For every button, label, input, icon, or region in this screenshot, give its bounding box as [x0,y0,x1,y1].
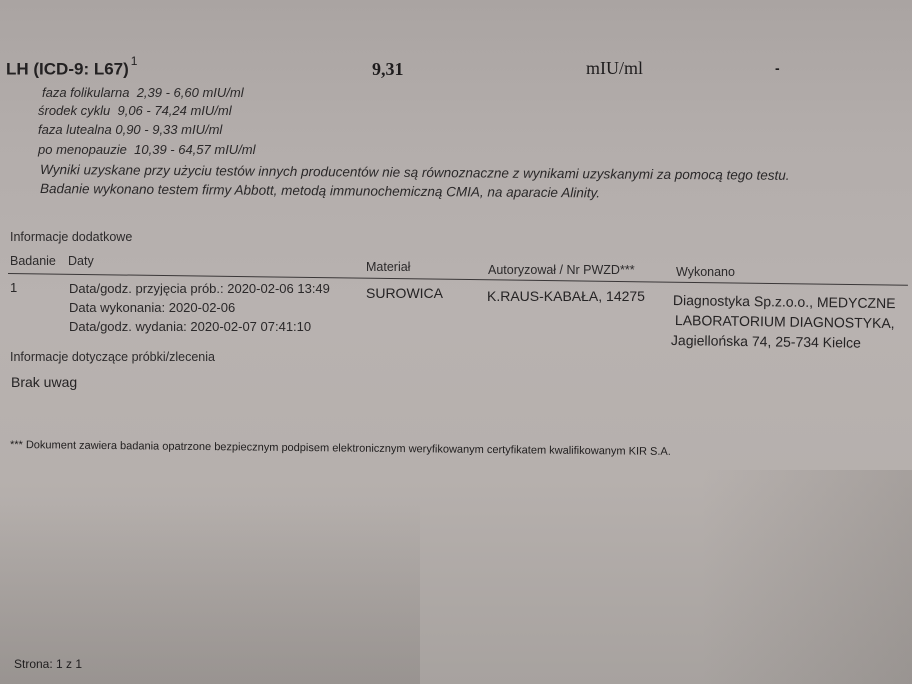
note-method: Badanie wykonano testem firmy Abbott, me… [40,181,600,200]
column-header-wykonano: Wykonano [676,265,735,279]
column-header-daty: Daty [68,254,94,268]
reference-range-midcycle: środek cyklu 9,06 - 74,24 mIU/ml [38,103,232,118]
reference-range-follicular: faza folikularna 2,39 - 6,60 mIU/ml [42,85,244,100]
reference-range-luteal: faza lutealna 0,90 - 9,33 mIU/ml [38,122,222,137]
date-performed: Data wykonania: 2020-02-06 [69,300,235,315]
result-unit: mIU/ml [586,58,643,79]
material-value: SUROWICA [366,285,443,301]
date-received: Data/godz. przyjęcia prób.: 2020-02-06 1… [69,281,330,296]
performed-by-line2: LABORATORIUM DIAGNOSTYKA, [675,312,895,331]
result-value: 9,31 [372,59,404,80]
reference-range-postmenopausal: po menopauzie 10,39 - 64,57 mIU/ml [38,142,256,157]
page-number: Strona: 1 z 1 [14,657,82,671]
result-flag: - [775,60,780,76]
column-header-badanie: Badanie [10,254,56,268]
performed-by-address: Jagiellońska 74, 25-734 Kielce [671,332,861,351]
authorized-by: K.RAUS-KABAŁA, 14275 [487,288,645,304]
row-badanie: 1 [10,280,17,295]
sample-info-title: Informacje dotyczące próbki/zlecenia [10,350,215,364]
sample-info-value: Brak uwag [11,374,77,390]
column-header-autoryzowal: Autoryzował / Nr PWZD*** [488,263,635,277]
note-other-manufacturers: Wyniki uzyskane przy użyciu testów innyc… [40,162,790,183]
performed-by-line1: Diagnostyka Sp.z.o.o., MEDYCZNE [673,292,896,311]
additional-info-title: Informacje dodatkowe [10,230,132,244]
date-issued: Data/godz. wydania: 2020-02-07 07:41:10 [69,319,311,334]
footnote-marker: 1 [131,54,138,68]
column-header-material: Materiał [366,260,410,274]
test-name: LH (ICD-9: L67)1 [6,57,137,80]
photo-shadow [700,470,912,684]
signature-footnote: *** Dokument zawiera badania opatrzone b… [10,439,671,458]
